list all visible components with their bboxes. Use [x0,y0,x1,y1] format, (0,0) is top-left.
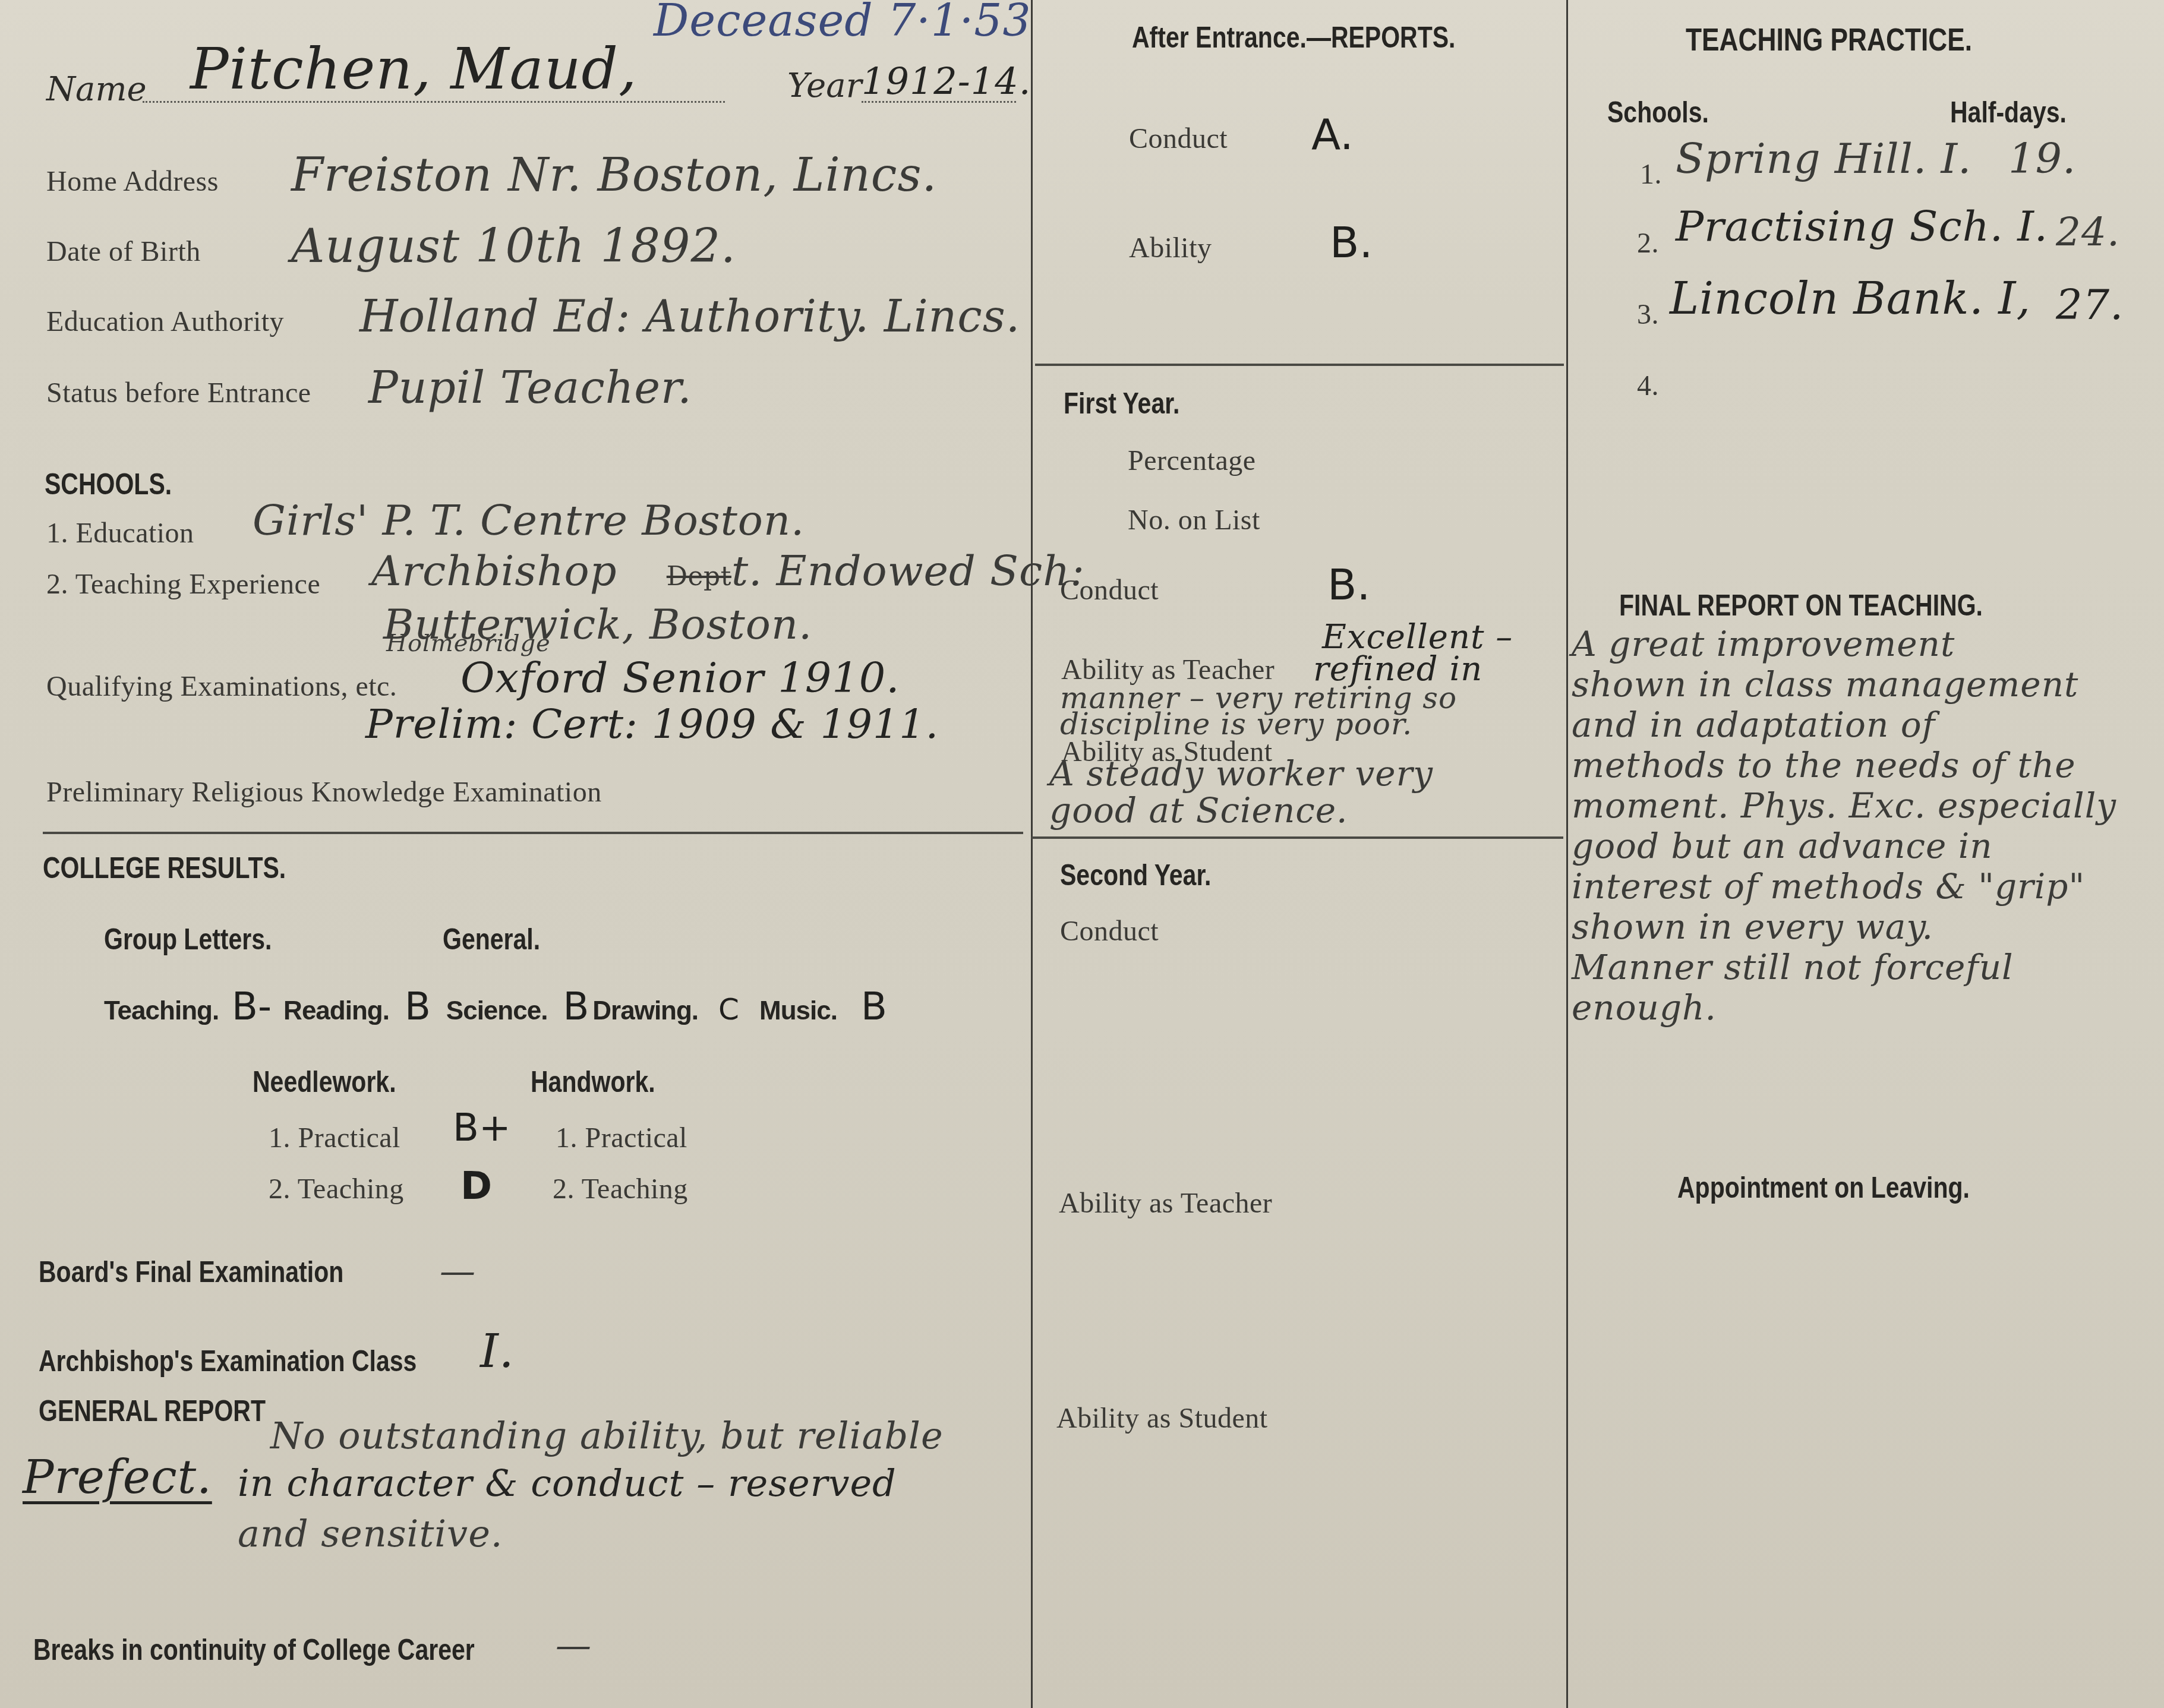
teaching-practice-schools-label: Schools. [1607,95,1709,130]
first-year-no-on-list-label: No. on List [1128,504,1260,536]
needlework-label: Needlework. [253,1065,396,1099]
general-report-line-3: and sensitive. [238,1512,503,1555]
subject-drawing-label: Drawing. [592,996,698,1026]
qualifying-label: Qualifying Examinations, etc. [46,670,397,703]
final-report-line: methods to the needs of the [1572,745,2116,785]
second-year-conduct-label: Conduct [1060,915,1159,948]
status-value: Pupil Teacher. [368,362,692,413]
subject-science-label: Science. [446,996,548,1026]
education-value: Girls' P. T. Centre Boston. [253,496,805,545]
tp-row-2-school: Practising Sch. I. [1676,202,2048,251]
after-entrance-heading: After Entrance.—REPORTS. [1132,20,1455,55]
final-report-line: interest of methods & "grip" [1572,866,2116,907]
authority-value: Holland Ed: Authority. Lincs. [359,291,1020,342]
second-year-heading: Second Year. [1060,858,1212,892]
tp-row-3-num: 3. [1637,298,1659,331]
second-year-student-label: Ability as Student [1056,1402,1268,1435]
final-report-text: A great improvement shown in class manag… [1572,624,2116,1028]
tp-row-3-school: Lincoln Bank. I, [1670,273,2031,324]
teaching-experience-value-1: Archbishop Deptt. Endowed Sch: [371,547,1085,595]
name-value: Pitchen, Maud, [190,36,637,102]
divider-middle-right [1566,0,1568,1708]
home-address-label: Home Address [46,165,219,198]
general-report-line-1: No outstanding ability, but reliable [270,1414,944,1457]
general-report-heading: GENERAL REPORT [39,1394,266,1428]
first-year-student-value-2: good at Science. [1049,790,1348,831]
divider-left-middle [1031,0,1033,1708]
final-report-line: good but an advance in [1572,826,2116,866]
subject-teaching-label: Teaching. [104,996,219,1026]
tp-row-1-num: 1. [1640,158,1662,191]
teaching-practice-heading: TEACHING PRACTICE. [1686,21,1972,58]
needlework-teaching-label: 2. Teaching [269,1173,404,1205]
teaching-practice-halfdays-label: Half-days. [1950,95,2067,130]
archbishop-exam-label: Archbishop's Examination Class [39,1344,417,1378]
home-address-value: Freiston Nr. Boston, Lincs. [291,149,937,202]
general-report-line-2: in character & conduct – reserved [238,1461,897,1505]
first-year-conduct-label: Conduct [1060,574,1159,607]
subject-grades-row: Teaching. B- Reading. B Science. B Drawi… [104,985,887,1029]
group-letters-label: Group Letters. [104,922,272,956]
teaching-experience-label: 2. Teaching Experience [46,568,320,601]
subject-teaching-grade: B- [232,985,272,1029]
subject-music-grade: B [861,985,887,1029]
final-report-line: Manner still not forceful [1572,947,2116,987]
tp-row-1-school: Spring Hill. I. [1676,134,1971,183]
handwork-practical-label: 1. Practical [556,1122,687,1154]
qualifying-value-2: Prelim: Cert: 1909 & 1911. [365,701,939,748]
teaching-experience-struck: Dept [667,561,731,592]
authority-label: Education Authority [46,305,284,338]
tp-row-2-num: 2. [1637,227,1659,260]
final-report-line: moment. Phys. Exc. especially [1572,785,2116,826]
boards-final-label: Board's Final Examination [39,1255,343,1289]
deceased-annotation: Deceased 7·1·53 [654,0,1031,46]
after-entrance-ability-value: B. [1330,217,1373,267]
tp-row-4-num: 4. [1637,370,1659,402]
subject-drawing-grade: C [718,992,739,1027]
first-year-conduct-value: B. [1327,560,1370,610]
handwork-teaching-label: 2. Teaching [553,1173,688,1205]
subject-reading-label: Reading. [283,996,389,1026]
education-label: 1. Education [46,517,194,550]
needlework-practical-grade: B+ [453,1106,511,1150]
first-year-percentage-label: Percentage [1128,444,1256,477]
first-year-heading: First Year. [1064,386,1179,421]
breaks-label: Breaks in continuity of College Career [33,1633,475,1667]
name-label: Name [46,70,147,109]
final-report-heading: FINAL REPORT ON TEACHING. [1619,588,1983,623]
general-label: General. [443,922,540,956]
dob-value: August 10th 1892. [291,220,736,273]
divider-middle-after-entrance [1035,364,1564,366]
final-report-line: A great improvement [1572,624,2116,664]
final-report-line: shown in every way. [1572,907,2116,947]
year-label: Year [787,67,862,105]
religious-exam-label: Preliminary Religious Knowledge Examinat… [46,776,602,809]
after-entrance-conduct-label: Conduct [1129,122,1228,155]
teaching-experience-endowed: t. Endowed Sch: [731,547,1085,595]
needlework-practical-label: 1. Practical [269,1122,400,1154]
appointment-heading: Appointment on Leaving. [1677,1170,1970,1205]
prefect-note: Prefect. [23,1451,212,1504]
subject-reading-grade: B [405,985,431,1029]
college-results-heading: COLLEGE RESULTS. [43,851,286,885]
status-label: Status before Entrance [46,377,311,409]
tp-row-3-halfdays: 27. [2056,280,2124,329]
handwork-label: Handwork. [531,1065,655,1099]
subject-science-grade: B [563,985,589,1029]
after-entrance-ability-label: Ability [1129,232,1212,264]
second-year-teacher-label: Ability as Teacher [1059,1187,1272,1220]
year-value: 1912-14. [862,59,1031,103]
tp-row-1-halfdays: 19. [2008,134,2076,183]
student-record-card: Deceased 7·1·53 Name Pitchen, Maud, Year… [0,0,2164,1708]
subject-music-label: Music. [759,996,837,1026]
archbishop-exam-value: I. [480,1325,515,1378]
after-entrance-conduct-value: A. [1311,109,1354,159]
final-report-line: shown in class management [1572,664,2116,705]
divider-left-schools [43,832,1023,834]
boards-final-value: — [440,1251,476,1292]
final-report-line: enough. [1572,987,2116,1028]
tp-row-2-halfdays: 24. [2056,209,2120,255]
dob-label: Date of Birth [46,235,201,268]
needlework-teaching-grade: D [460,1164,492,1208]
breaks-value: — [556,1625,592,1666]
final-report-line: and in adaptation of [1572,705,2116,745]
qualifying-value-1: Oxford Senior 1910. [460,653,900,702]
first-year-student-value-1: A steady worker very [1049,753,1433,794]
schools-heading: SCHOOLS. [45,467,172,501]
divider-middle-first-year [1031,836,1563,839]
teaching-experience-school: Archbishop [371,547,617,595]
